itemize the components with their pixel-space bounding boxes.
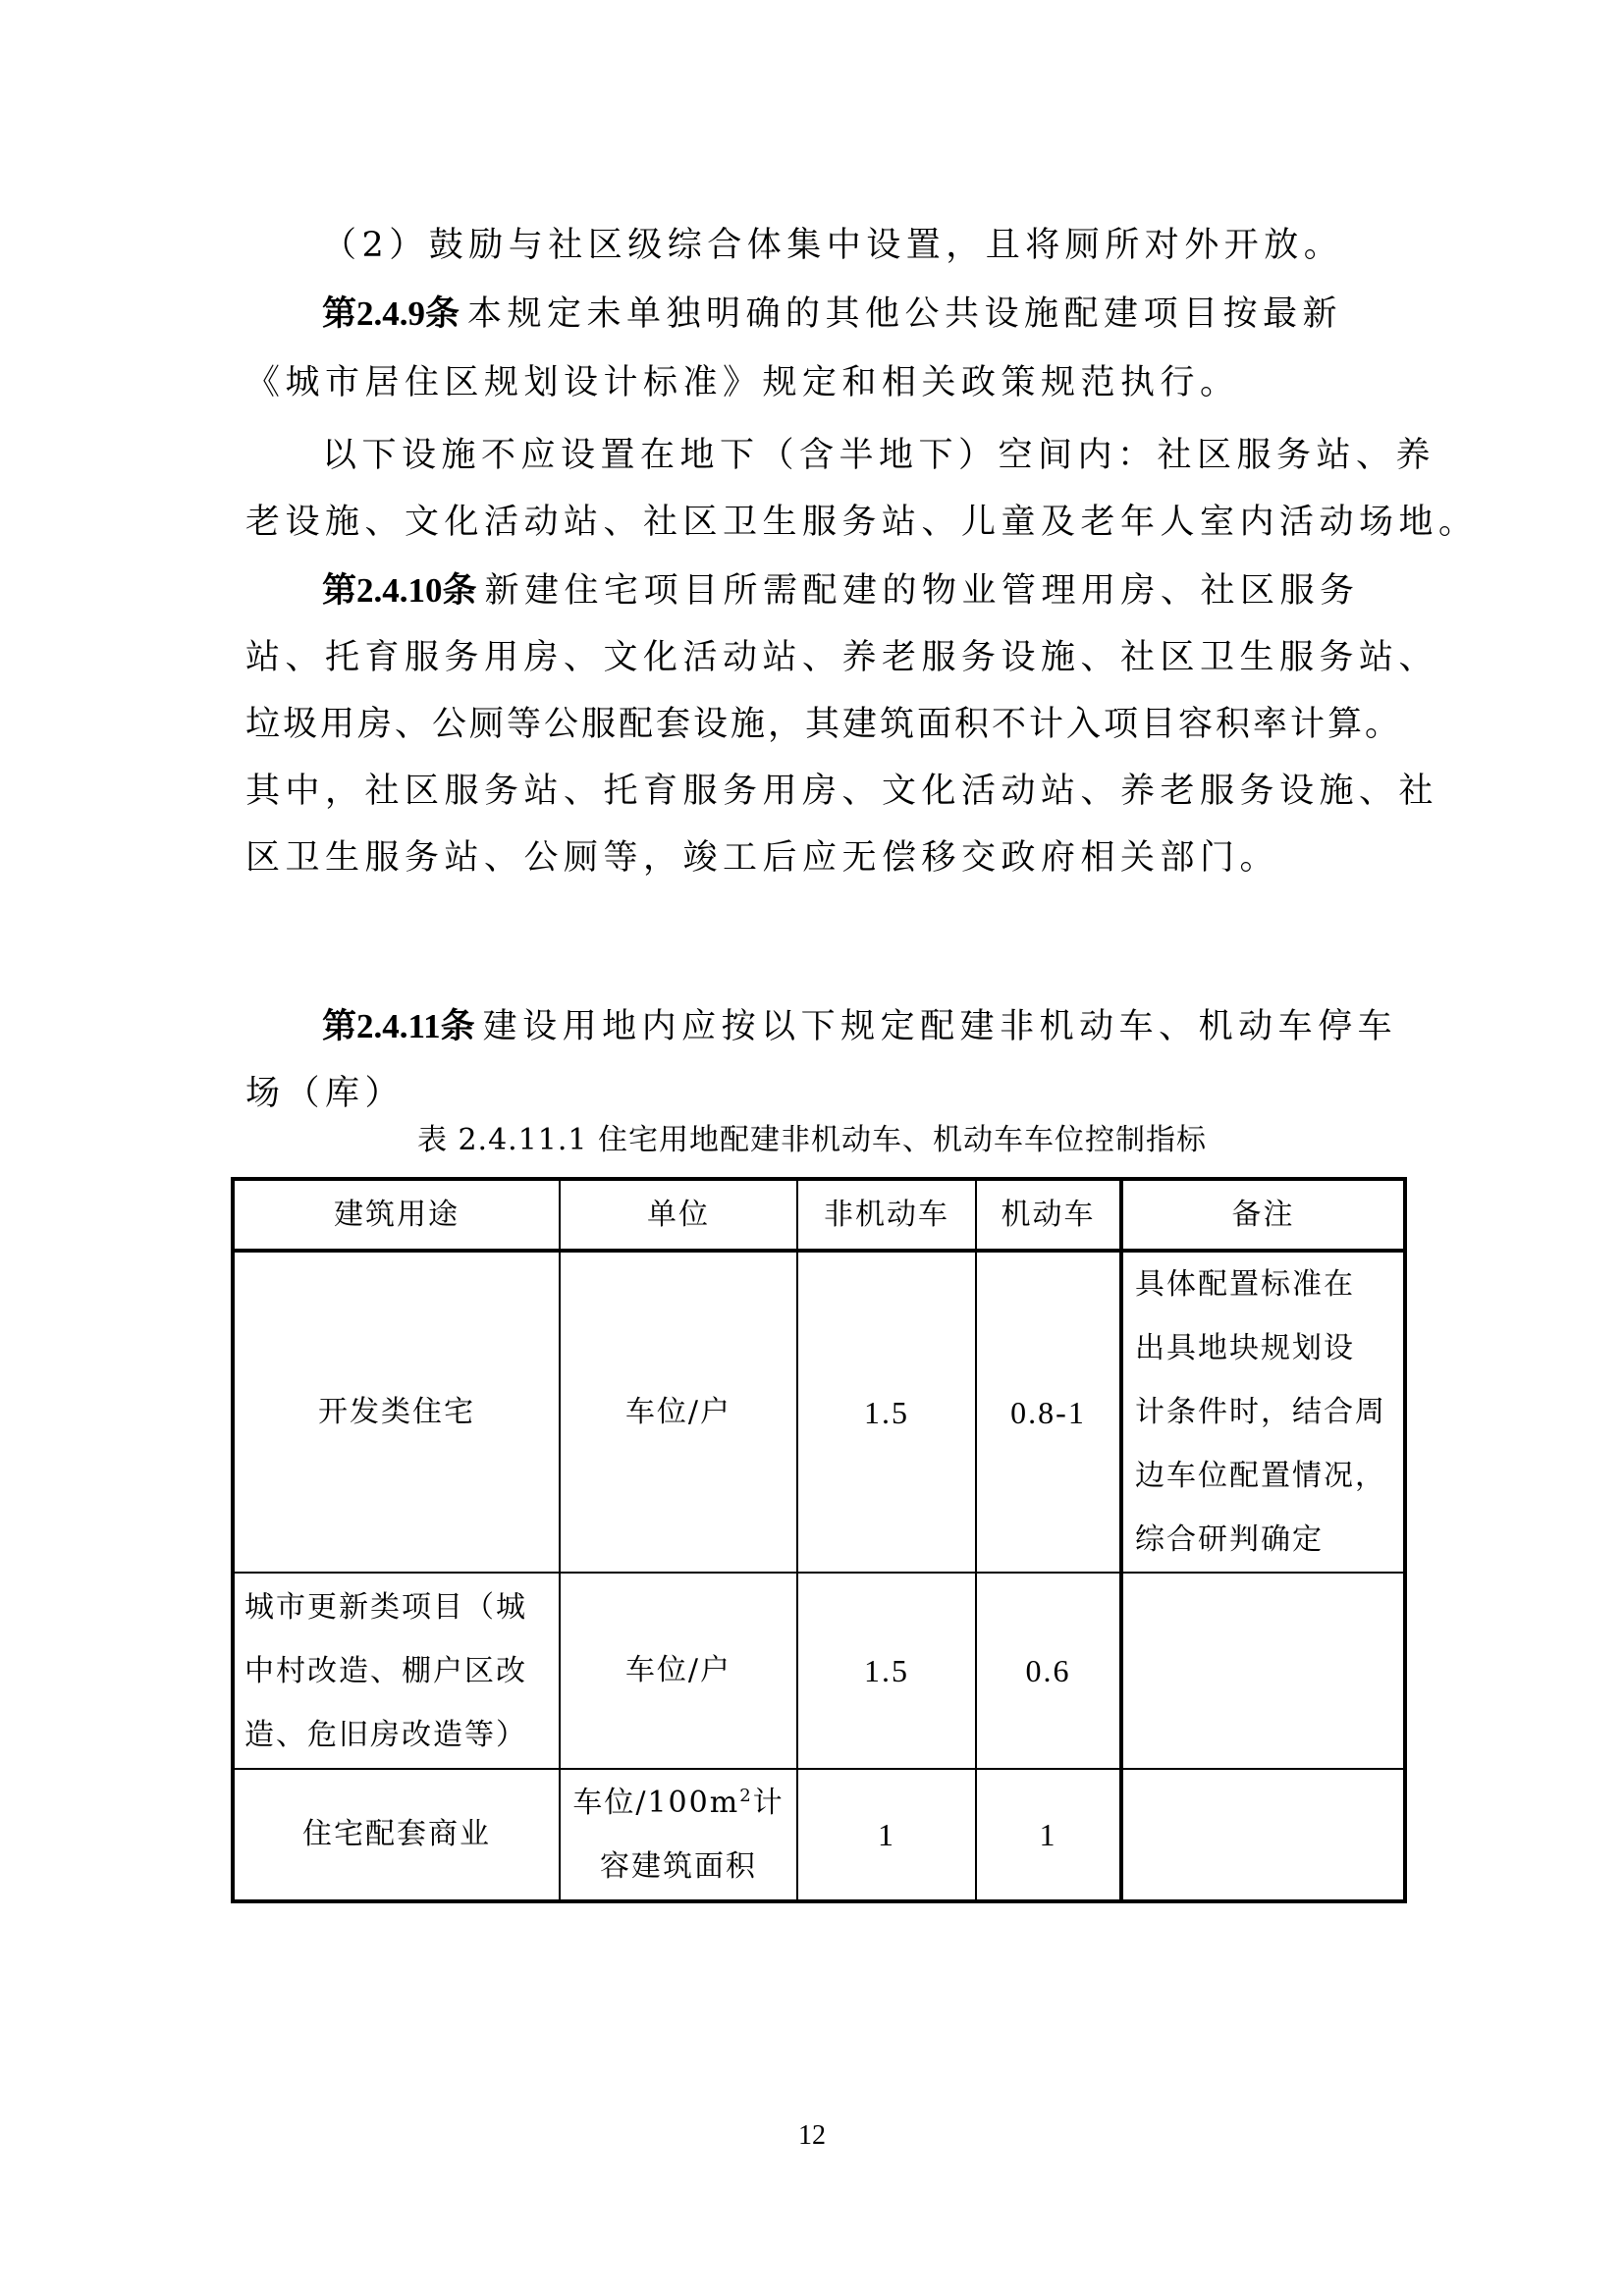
article-number: 第2.4.9条: [322, 294, 460, 333]
header-unit: 单位: [560, 1179, 797, 1251]
cell-usage: 开发类住宅: [233, 1251, 560, 1573]
paragraph-text: 老设施、文化活动站、社区卫生服务站、儿童及老年人室内活动场地。: [245, 503, 1479, 542]
article-2-4-11-line2: 场（库）: [245, 1060, 1394, 1127]
paragraph-text: 其中，社区服务站、托育服务用房、文化活动站、养老服务设施、社: [245, 772, 1438, 811]
usage-line: 城市更新类项目（城: [244, 1575, 559, 1639]
paragraph-text: 建设用地内应按以下规定配建非机动车、机动车停车: [483, 1007, 1398, 1046]
remark-line: 计条件时，结合周: [1135, 1380, 1403, 1444]
table-header-row: 建筑用途 单位 非机动车 机动车 备注: [233, 1179, 1405, 1251]
unit-line: 车位/100m2计: [561, 1771, 796, 1835]
table-row: 城市更新类项目（城 中村改造、棚户区改 造、危旧房改造等） 车位/户 1.5 0…: [233, 1573, 1405, 1769]
article-number: 第2.4.11条: [322, 1007, 475, 1045]
table-caption: 表 2.4.11.1 住宅用地配建非机动车、机动车车位控制指标: [0, 1119, 1624, 1162]
remark-line: 具体配置标准在: [1135, 1253, 1403, 1316]
table-row: 开发类住宅 车位/户 1.5 0.8-1 具体配置标准在 出具地块规划设 计条件…: [233, 1251, 1405, 1573]
cell-motor: 1: [976, 1769, 1121, 1901]
cell-motor: 0.6: [976, 1573, 1121, 1769]
article-2-4-10-line5: 区卫生服务站、公厕等，竣工后应无偿移交政府相关部门。: [245, 825, 1394, 891]
header-usage: 建筑用途: [233, 1179, 560, 1251]
paragraph-text: 新建住宅项目所需配建的物业管理用房、社区服务: [485, 571, 1360, 611]
unit-text: 车位/100m: [572, 1786, 739, 1820]
paragraph-item-2: （2）鼓励与社区级综合体集中设置，且将厕所对外开放。: [322, 212, 1394, 279]
cell-usage: 住宅配套商业: [233, 1769, 560, 1901]
paragraph-text: 场（库）: [245, 1074, 405, 1113]
article-2-4-10-line1: 第2.4.10条新建住宅项目所需配建的物业管理用房、社区服务: [322, 558, 1394, 624]
cell-motor: 0.8-1: [976, 1251, 1121, 1573]
facilities-restriction-line1: 以下设施不应设置在地下（含半地下）空间内：社区服务站、养: [322, 422, 1394, 489]
remark-line: 综合研判确定: [1135, 1508, 1403, 1572]
remark-line: 边车位配置情况，: [1135, 1444, 1403, 1508]
paragraph-text: 区卫生服务站、公厕等，竣工后应无偿移交政府相关部门。: [245, 838, 1279, 878]
header-remark: 备注: [1121, 1179, 1405, 1251]
article-2-4-9-line1: 第2.4.9条本规定未单独明确的其他公共设施配建项目按最新: [322, 281, 1394, 347]
cell-usage: 城市更新类项目（城 中村改造、棚户区改 造、危旧房改造等）: [233, 1573, 560, 1769]
unit-text: 计: [753, 1786, 785, 1820]
facilities-restriction-line2: 老设施、文化活动站、社区卫生服务站、儿童及老年人室内活动场地。: [245, 489, 1394, 556]
cell-non-motor: 1.5: [797, 1251, 976, 1573]
paragraph-text: 本规定未单独明确的其他公共设施配建项目按最新: [467, 294, 1342, 334]
remark-line: 出具地块规划设: [1135, 1316, 1403, 1380]
article-2-4-10-line2: 站、托育服务用房、文化活动站、养老服务设施、社区卫生服务站、: [245, 624, 1394, 691]
unit-line: 容建筑面积: [561, 1835, 796, 1898]
cell-remark: [1121, 1769, 1405, 1901]
article-2-4-11-line1: 第2.4.11条建设用地内应按以下规定配建非机动车、机动车停车: [322, 993, 1394, 1060]
table-row: 住宅配套商业 车位/100m2计 容建筑面积 1 1: [233, 1769, 1405, 1901]
article-2-4-9-line2: 《城市居住区规划设计标准》规定和相关政策规范执行。: [245, 349, 1394, 416]
cell-remark: [1121, 1573, 1405, 1769]
cell-remark: 具体配置标准在 出具地块规划设 计条件时，结合周 边车位配置情况， 综合研判确定: [1121, 1251, 1405, 1573]
cell-unit: 车位/户: [560, 1251, 797, 1573]
article-2-4-10-line4: 其中，社区服务站、托育服务用房、文化活动站、养老服务设施、社: [245, 758, 1394, 825]
article-2-4-10-line3: 垃圾用房、公厕等公服配套设施，其建筑面积不计入项目容积率计算。: [245, 691, 1394, 758]
paragraph-text: 站、托育服务用房、文化活动站、养老服务设施、社区卫生服务站、: [245, 638, 1438, 677]
header-non-motor: 非机动车: [797, 1179, 976, 1251]
cell-unit: 车位/100m2计 容建筑面积: [560, 1769, 797, 1901]
cell-non-motor: 1: [797, 1769, 976, 1901]
usage-line: 中村改造、棚户区改: [244, 1639, 559, 1703]
paragraph-text: 《城市居住区规划设计标准》规定和相关政策规范执行。: [245, 363, 1240, 402]
header-motor: 机动车: [976, 1179, 1121, 1251]
page-number: 12: [0, 2120, 1624, 2152]
paragraph-text: 垃圾用房、公厕等公服配套设施，其建筑面积不计入项目容积率计算。: [245, 705, 1402, 744]
cell-non-motor: 1.5: [797, 1573, 976, 1769]
usage-line: 造、危旧房改造等）: [244, 1703, 559, 1767]
cell-unit: 车位/户: [560, 1573, 797, 1769]
paragraph-text: 以下设施不应设置在地下（含半地下）空间内：社区服务站、养: [322, 436, 1435, 475]
unit-superscript: 2: [739, 1786, 752, 1806]
article-number: 第2.4.10条: [322, 571, 477, 610]
parking-index-table: 建筑用途 单位 非机动车 机动车 备注 开发类住宅 车位/户 1.5 0.8-1…: [231, 1177, 1407, 1903]
paragraph-text: （2）鼓励与社区级综合体集中设置，且将厕所对外开放。: [322, 226, 1343, 265]
